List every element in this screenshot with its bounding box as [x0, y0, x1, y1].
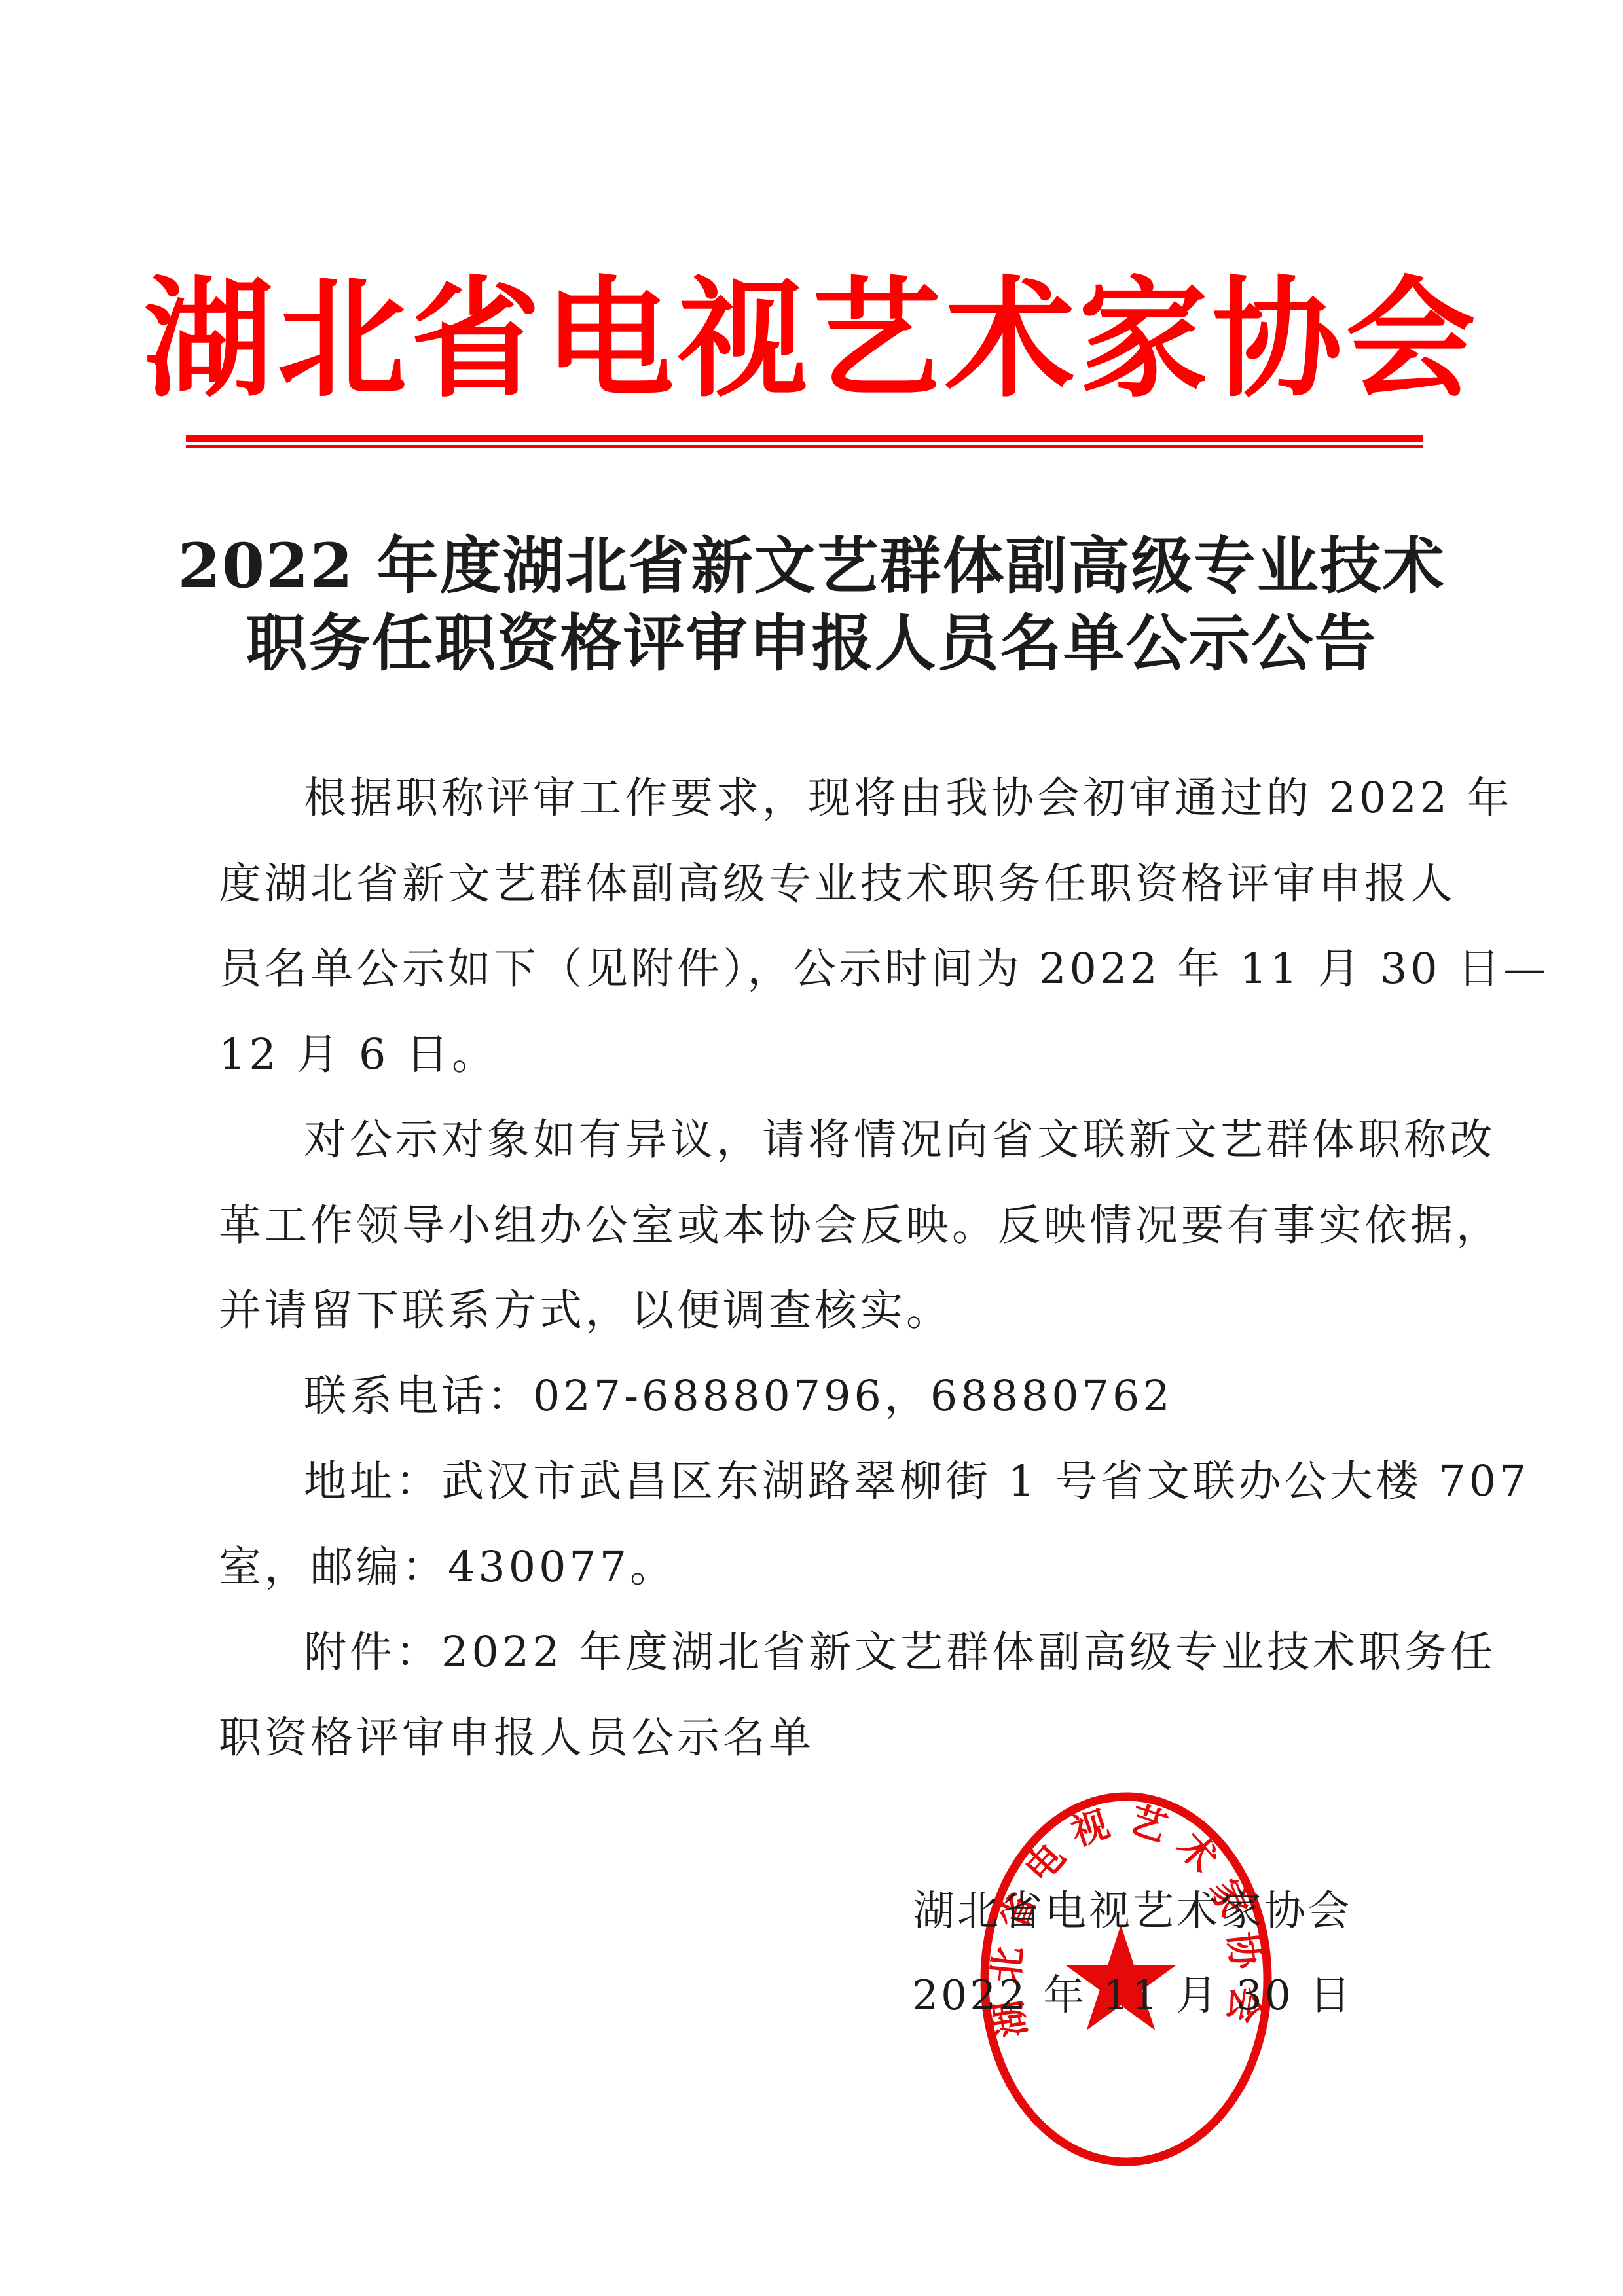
- signature-date: 2022 年 11 月 30 日: [903, 1953, 1362, 2037]
- postcode-line: 室，邮编：430077。: [219, 1525, 1409, 1611]
- address-line: 地址：武汉市武昌区东湖路翠柳街 1 号省文联办公大楼 707: [219, 1439, 1409, 1525]
- body-line: 对公示对象如有异议，请将情况向省文联新文艺群体职称改: [219, 1098, 1409, 1183]
- announcement-page: 湖北省电视艺术家协会 2022 年度湖北省新文艺群体副高级专业技术 职务任职资格…: [0, 0, 1623, 2296]
- attachment-line: 附件：2022 年度湖北省新文艺群体副高级专业技术职务任: [219, 1610, 1409, 1696]
- body-line: 度湖北省新文艺群体副高级专业技术职务任职资格评审申报人: [219, 842, 1409, 927]
- document-title-line2: 职务任职资格评审申报人员名单公示公告: [0, 605, 1623, 682]
- body-line: 12 月 6 日。: [219, 1013, 1409, 1098]
- body-line: 员名单公示如下（见附件），公示时间为 2022 年 11 月 30 日—: [219, 927, 1409, 1013]
- body-line: 革工作领导小组办公室或本协会反映。反映情况要有事实依据，: [219, 1183, 1409, 1269]
- attachment-line: 职资格评审申报人员公示名单: [219, 1696, 1409, 1782]
- announcement-body: 根据职称评审工作要求，现将由我协会初审通过的 2022 年 度湖北省新文艺群体副…: [219, 756, 1409, 1781]
- signature-org: 湖北省电视艺术家协会: [903, 1869, 1362, 1953]
- letterhead-org-title: 湖北省电视艺术家协会: [0, 267, 1623, 411]
- document-title: 2022 年度湖北省新文艺群体副高级专业技术 职务任职资格评审申报人员名单公示公…: [0, 528, 1623, 682]
- letterhead-divider-line: [186, 435, 1423, 448]
- document-title-line1: 2022 年度湖北省新文艺群体副高级专业技术: [0, 528, 1623, 605]
- signature-block: 湖北省电视艺术家协会 2022 年 11 月 30 日: [903, 1869, 1362, 2037]
- contact-phone-line: 联系电话：027-68880796，68880762: [219, 1354, 1409, 1440]
- body-line: 并请留下联系方式，以便调查核实。: [219, 1268, 1409, 1354]
- body-line: 根据职称评审工作要求，现将由我协会初审通过的 2022 年: [219, 756, 1409, 842]
